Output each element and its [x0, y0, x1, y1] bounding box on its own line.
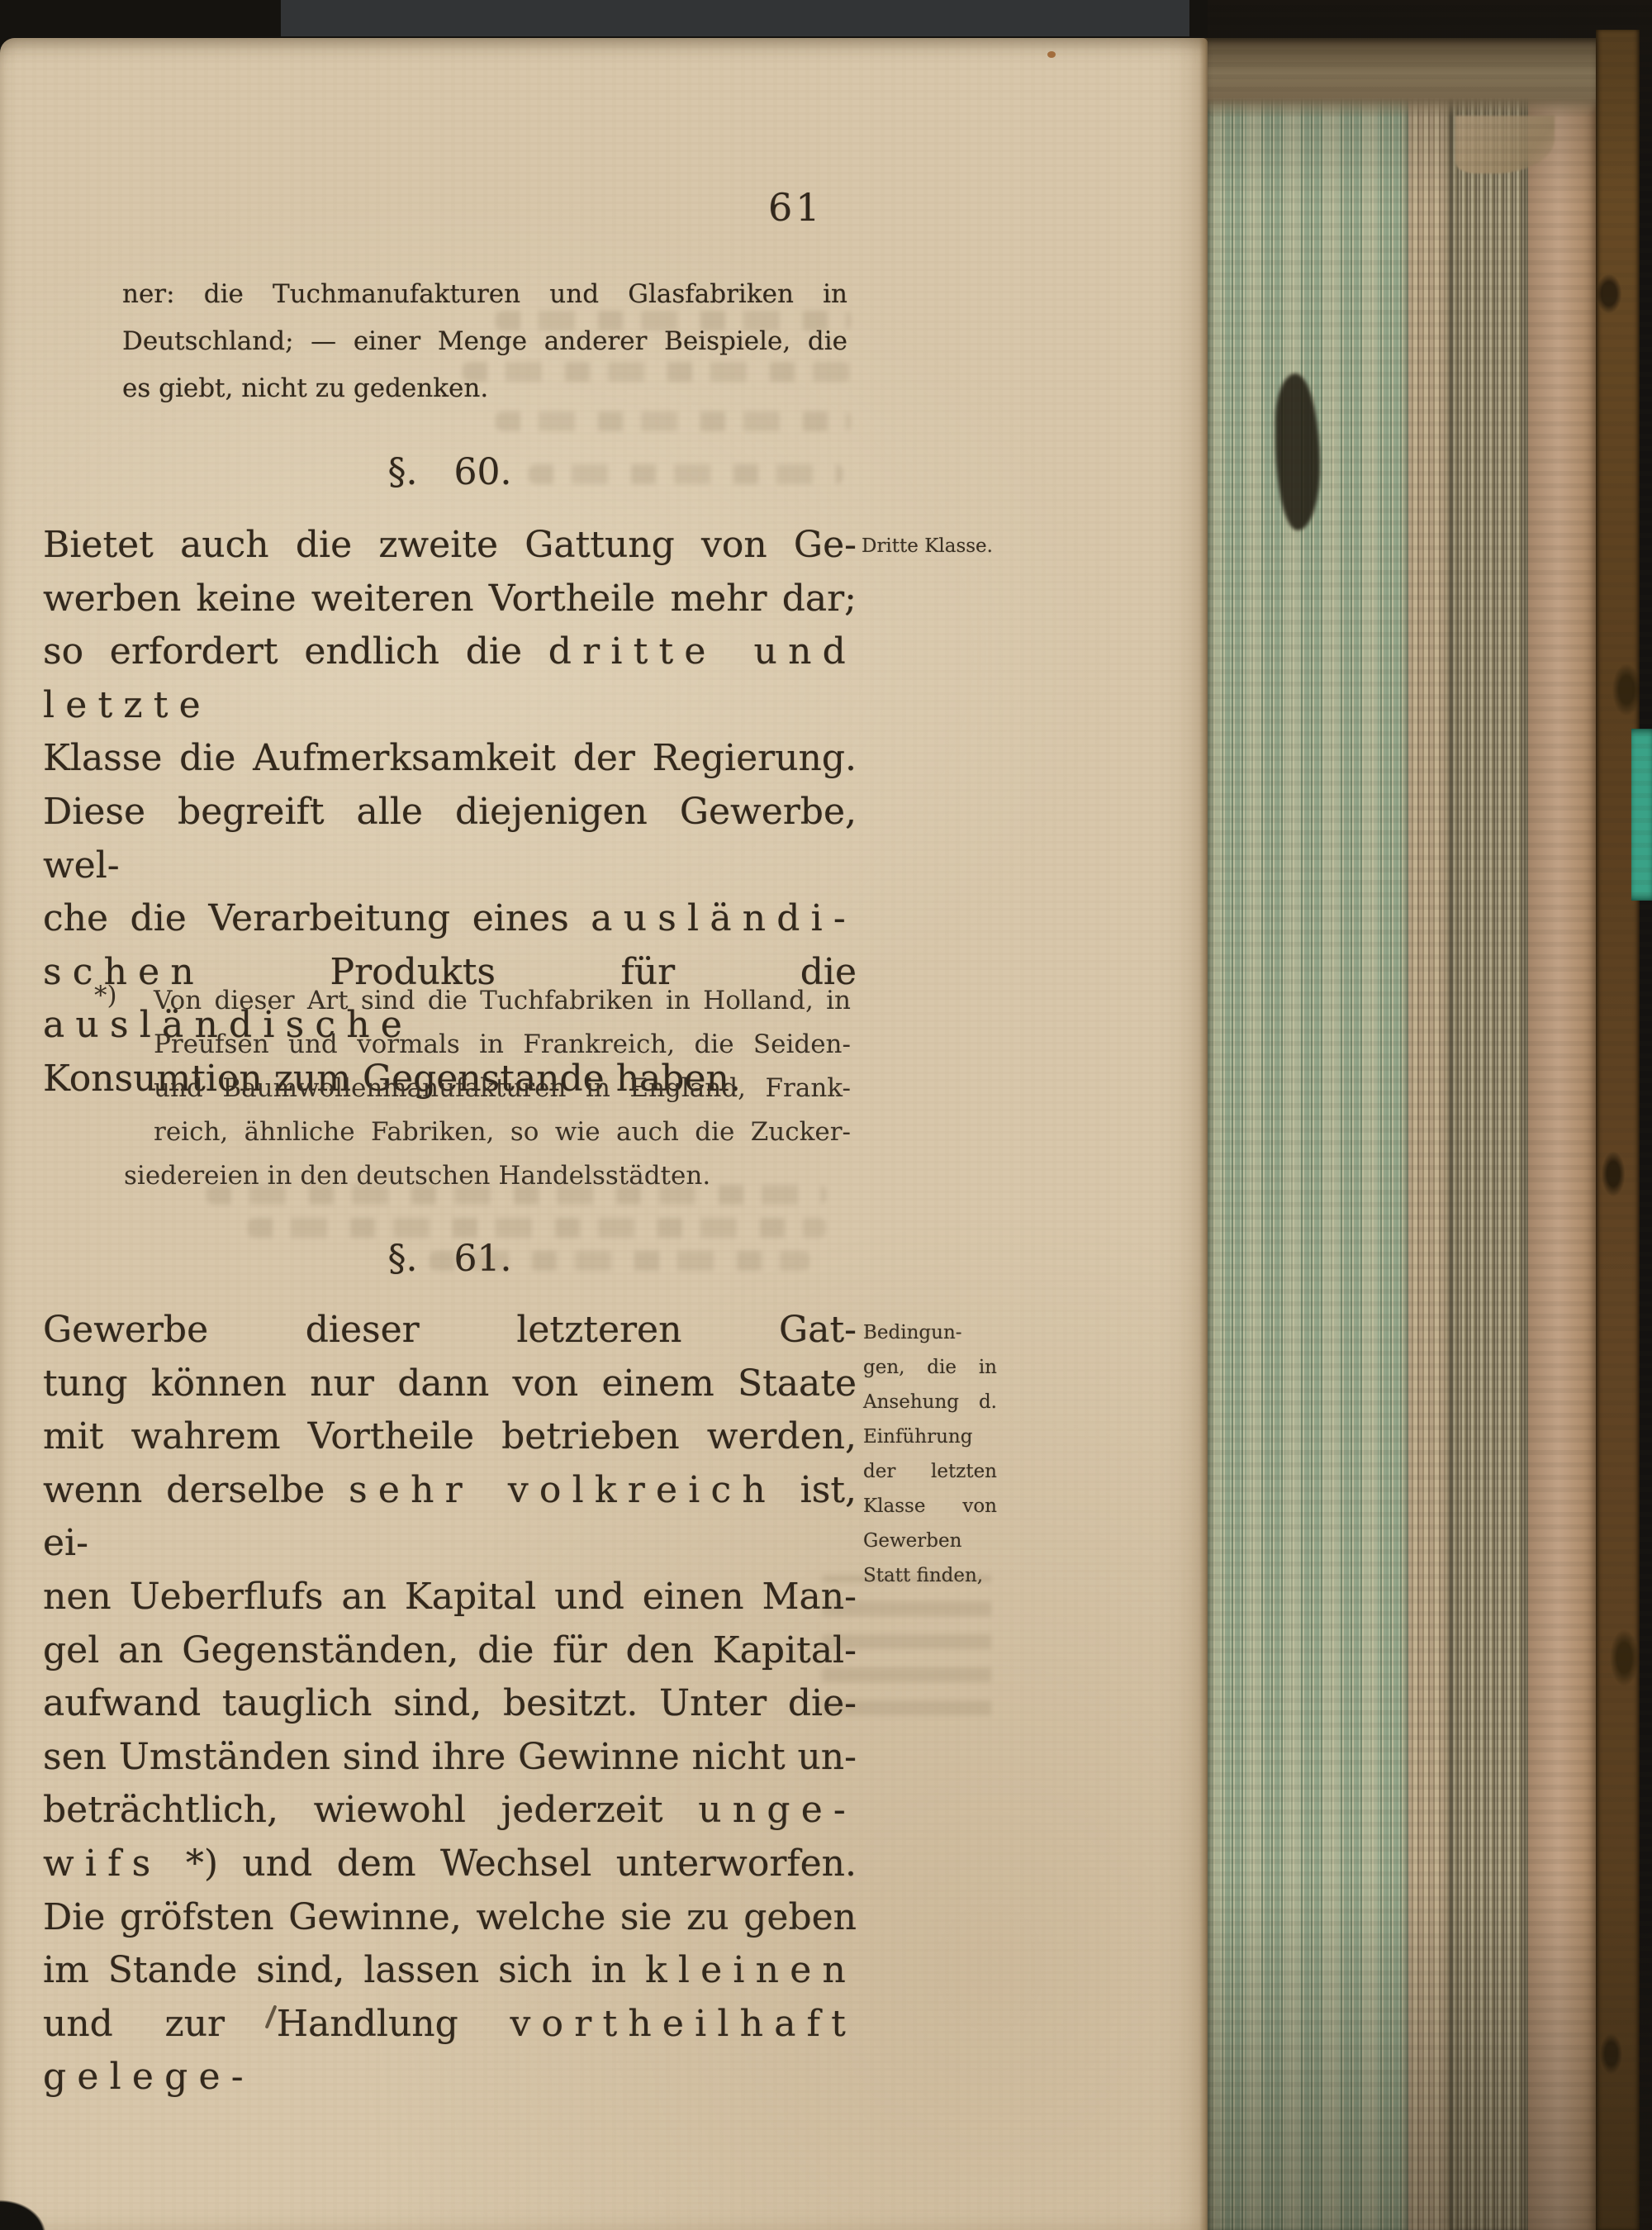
margin-note-dritte-klasse: Dritte Klasse. [862, 534, 1002, 559]
book-fore-edge [1208, 0, 1652, 2230]
text-line: sen Umständen sind ihre Gewinne nicht un… [43, 1731, 857, 1785]
text-line: es giebt, nicht zu gedenken. [122, 365, 847, 412]
text-line: Bietet auch die zweite Gattung von Ge- [43, 519, 857, 573]
text-line: wenn derselbe sehr volkreich ist, ei- [43, 1464, 857, 1571]
margin-note-line: Ansehung d. [863, 1385, 997, 1419]
text-line: nen Ueberflufs an Kapital und einen Man- [43, 1571, 857, 1624]
footnote: *) Von dieser Art sind die Tuchfabriken … [124, 979, 851, 1198]
section-61-paragraph: Gewerbe dieser letzteren Gat-tung können… [43, 1304, 857, 2104]
scanner-corner-shadow [0, 2192, 61, 2230]
text-line: wifs *) und dem Wechsel unterworfen. [43, 1838, 857, 1891]
footnote-line: Preufsen und vormals in Frankreich, die … [124, 1023, 851, 1067]
text-line: mit wahrem Vortheile betrieben werden, [43, 1410, 857, 1464]
footnote-marker: *) [94, 981, 117, 1010]
fore-edge-smooth-band [1528, 50, 1596, 2230]
text-line: werben keine weiteren Vortheile mehr dar… [43, 573, 857, 626]
book-page: 61 ner: die Tuchmanufakturen und Glasfab… [0, 38, 1208, 2230]
fore-edge-brown-band [1450, 79, 1528, 2230]
foxing-speck [1047, 51, 1056, 58]
bleed-through-text [248, 1218, 826, 1238]
margin-note-line: Bedingun- [863, 1315, 997, 1350]
text-line: Gewerbe dieser letzteren Gat- [43, 1304, 857, 1357]
text-line: aufwand tauglich sind, besitzt. Unter di… [43, 1677, 857, 1731]
text-line: und zur Handlung vortheilhaft gelege- [43, 1998, 857, 2104]
text-line: gel an Gegenständen, die für den Kapital… [43, 1624, 857, 1678]
text-line: tung können nur dann von einem Staate [43, 1357, 857, 1411]
carryover-paragraph: ner: die Tuchmanufakturen und Glasfabrik… [122, 271, 847, 412]
text-line: beträchtlich, wiewohl jederzeit unge- [43, 1784, 857, 1838]
margin-note-bedingungen: Bedingun-gen, die inAnsehung d.Einführun… [863, 1315, 997, 1593]
text-line: Die gröfsten Gewinne, welche sie zu gebe… [43, 1891, 857, 1945]
section-heading-60: §. 60. [43, 451, 857, 493]
marbled-cover-strip [1596, 30, 1640, 2230]
book-scan: 61 ner: die Tuchmanufakturen und Glasfab… [0, 0, 1652, 2230]
page-right-edge-shadow [1199, 38, 1208, 2230]
footnote-line: Von dieser Art sind die Tuchfabriken in … [124, 979, 851, 1023]
page-number: 61 [768, 185, 824, 230]
text-line: ner: die Tuchmanufakturen und Glasfabrik… [122, 271, 847, 318]
margin-note-line: Einführung [863, 1419, 997, 1454]
footnote-line: siedereien in den deutschen Handelsstädt… [124, 1154, 851, 1198]
text-line: Diese begreift alle diejenigen Gewerbe, … [43, 786, 857, 892]
text-line: che die Verarbeitung eines ausländi- [43, 892, 857, 946]
bleed-through-text [496, 411, 851, 431]
scanner-bed-strip [281, 0, 1189, 36]
book-head-edge [1208, 38, 1596, 117]
margin-note-line: Gewerben [863, 1524, 997, 1558]
margin-note-line: Statt finden, [863, 1558, 997, 1593]
text-line: Deutschland; — einer Menge anderer Beisp… [122, 318, 847, 365]
text-line: Klasse die Aufmerksamkeit der Regierung. [43, 732, 857, 786]
text-line: so erfordert endlich die dritte und letz… [43, 625, 857, 732]
footnote-line: reich, ähnliche Fabriken, so wie auch di… [124, 1110, 851, 1154]
section-heading-61: §. 61. [43, 1238, 857, 1280]
margin-note-line: Dritte Klasse. [862, 534, 1002, 559]
margin-note-line: gen, die in [863, 1350, 997, 1385]
text-line: im Stande sind, lassen sich in kleinen [43, 1944, 857, 1998]
margin-note-line: Klasse von [863, 1489, 997, 1524]
footnote-lines: Von dieser Art sind die Tuchfabriken in … [124, 979, 851, 1198]
margin-note-line: der letzten [863, 1454, 997, 1489]
footnote-line: und Baumwollenmanufakturen in England, F… [124, 1067, 851, 1110]
teal-patch [1631, 729, 1652, 901]
fore-edge-tan-band [1408, 79, 1450, 2230]
